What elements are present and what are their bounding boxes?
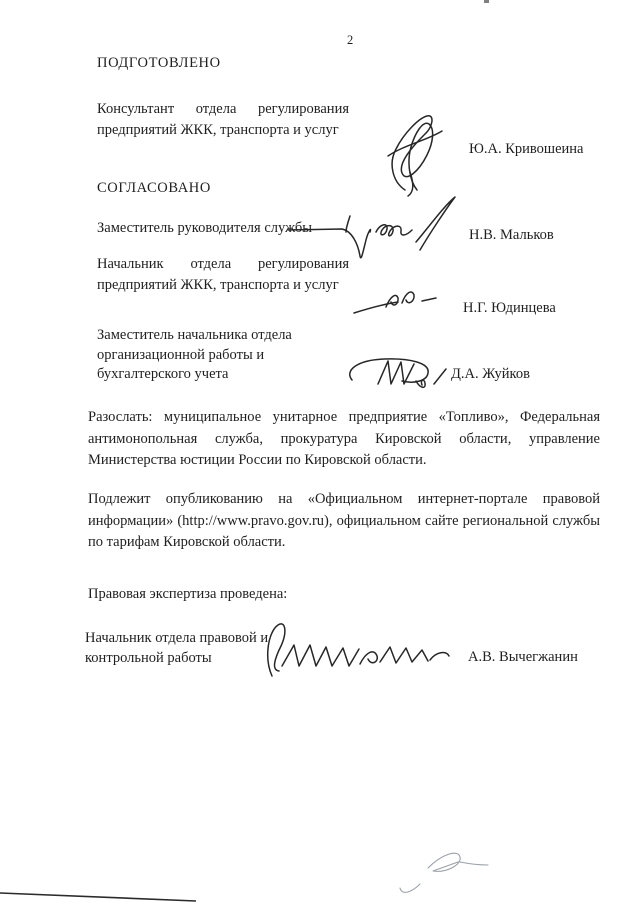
- signatory-title: Начальник отдела регулирования предприят…: [97, 254, 349, 296]
- page-number: 2: [347, 33, 353, 48]
- signatory-name: А.В. Вычегжанин: [468, 649, 578, 666]
- signature-yudintseva-icon: [352, 287, 444, 317]
- publication-paragraph: Подлежит опубликованию на «Официальном и…: [88, 489, 600, 554]
- distribution-paragraph: Разослать: муниципальное унитарное предп…: [88, 407, 600, 472]
- signatory-title: Консультант отдела регулирования предпри…: [97, 99, 349, 141]
- document-page: 2 ПОДГОТОВЛЕНО Консультант отдела регули…: [0, 0, 640, 905]
- prepared-heading: ПОДГОТОВЛЕНО: [97, 55, 221, 72]
- signatory-title: Заместитель руководителя службы: [97, 220, 312, 237]
- scan-artifact-top: [484, 0, 489, 3]
- signatory-name: Н.Г. Юдинцева: [463, 300, 556, 317]
- signature-krivosheina-icon: [374, 110, 456, 198]
- signature-vychegzhanin-icon: [256, 620, 466, 682]
- scan-artifact-line: [0, 889, 200, 905]
- approved-heading: СОГЛАСОВАНО: [97, 180, 211, 197]
- scan-artifact-scribble: [392, 838, 507, 900]
- legal-review-line: Правовая экспертиза проведена:: [88, 586, 287, 603]
- signatory-name: Н.В. Мальков: [469, 227, 554, 244]
- signature-zhuykov-icon: [342, 350, 454, 398]
- signatory-name: Д.А. Жуйков: [451, 366, 530, 383]
- signatory-title: Заместитель начальника отдела организаци…: [97, 326, 325, 385]
- signatory-title: Начальник отдела правовой и контрольной …: [85, 629, 273, 668]
- signatory-name: Ю.А. Кривошеина: [469, 141, 584, 158]
